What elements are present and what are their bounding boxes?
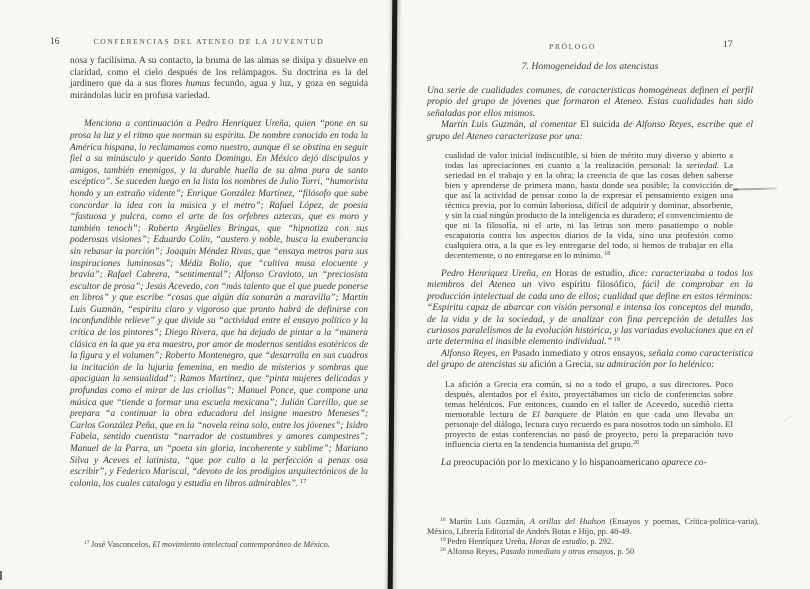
paragraph: La preocupación por lo mexicano y lo his… <box>427 457 753 468</box>
paragraph: Martín Luis Guzmán, al comentar El suici… <box>427 119 753 142</box>
book-scan: { "colors": { "paper": "#f7f7f4", "ink":… <box>0 0 810 589</box>
scan-artifact-speck <box>0 571 2 580</box>
right-page-header: PRÓLOGO 17 <box>427 40 753 54</box>
right-page-body: Una serie de cualidades comunes, de cara… <box>427 85 753 468</box>
running-header-right: PRÓLOGO <box>549 42 596 51</box>
book-gutter-shadow <box>388 0 398 589</box>
footnote: 19 Pedro Henríquez Ureña, Horas de estud… <box>427 537 759 547</box>
page-number-left: 16 <box>50 37 60 47</box>
paragraph: Alfonso Reyes, en Pasado inmediato y otr… <box>427 348 753 371</box>
running-header-left: CONFERENCIAS DEL ATENEO DE LA JUVENTUD <box>48 37 370 46</box>
left-page-header: 16 CONFERENCIAS DEL ATENEO DE LA JUVENTU… <box>48 37 370 51</box>
footnote: 20 Alfonso Reyes, Pasado inmediato y otr… <box>427 547 759 557</box>
scan-artifact-faint-mark <box>784 416 792 422</box>
section-heading: 7. Homogeneidad de los atencistas <box>427 61 753 72</box>
paragraph: nosa y facilísima. A su contacto, la bru… <box>70 56 368 102</box>
paragraph: Pedro Henríquez Ureña, en Horas de estud… <box>427 268 753 348</box>
block-quote: La afición a Grecia era común, si no a t… <box>445 379 733 449</box>
footnote: 17 José Vasconcelos, El movimiento intel… <box>70 540 368 550</box>
block-quote: cualidad de valor inicial indiscutible, … <box>445 150 733 260</box>
footnote: 18 Martín Luis Guzmán, A orillas del Hud… <box>427 517 759 537</box>
left-page-body: nosa y facilísima. A su contacto, la bru… <box>70 56 368 490</box>
page-number-right: 17 <box>723 40 733 50</box>
pencil-margin-mark <box>733 188 777 191</box>
paragraph: Una serie de cualidades comunes, de cara… <box>427 85 753 119</box>
footnotes: 18 Martín Luis Guzmán, A orillas del Hud… <box>427 517 759 557</box>
paragraph: Menciona a continuación a Pedro Henríque… <box>70 119 368 490</box>
